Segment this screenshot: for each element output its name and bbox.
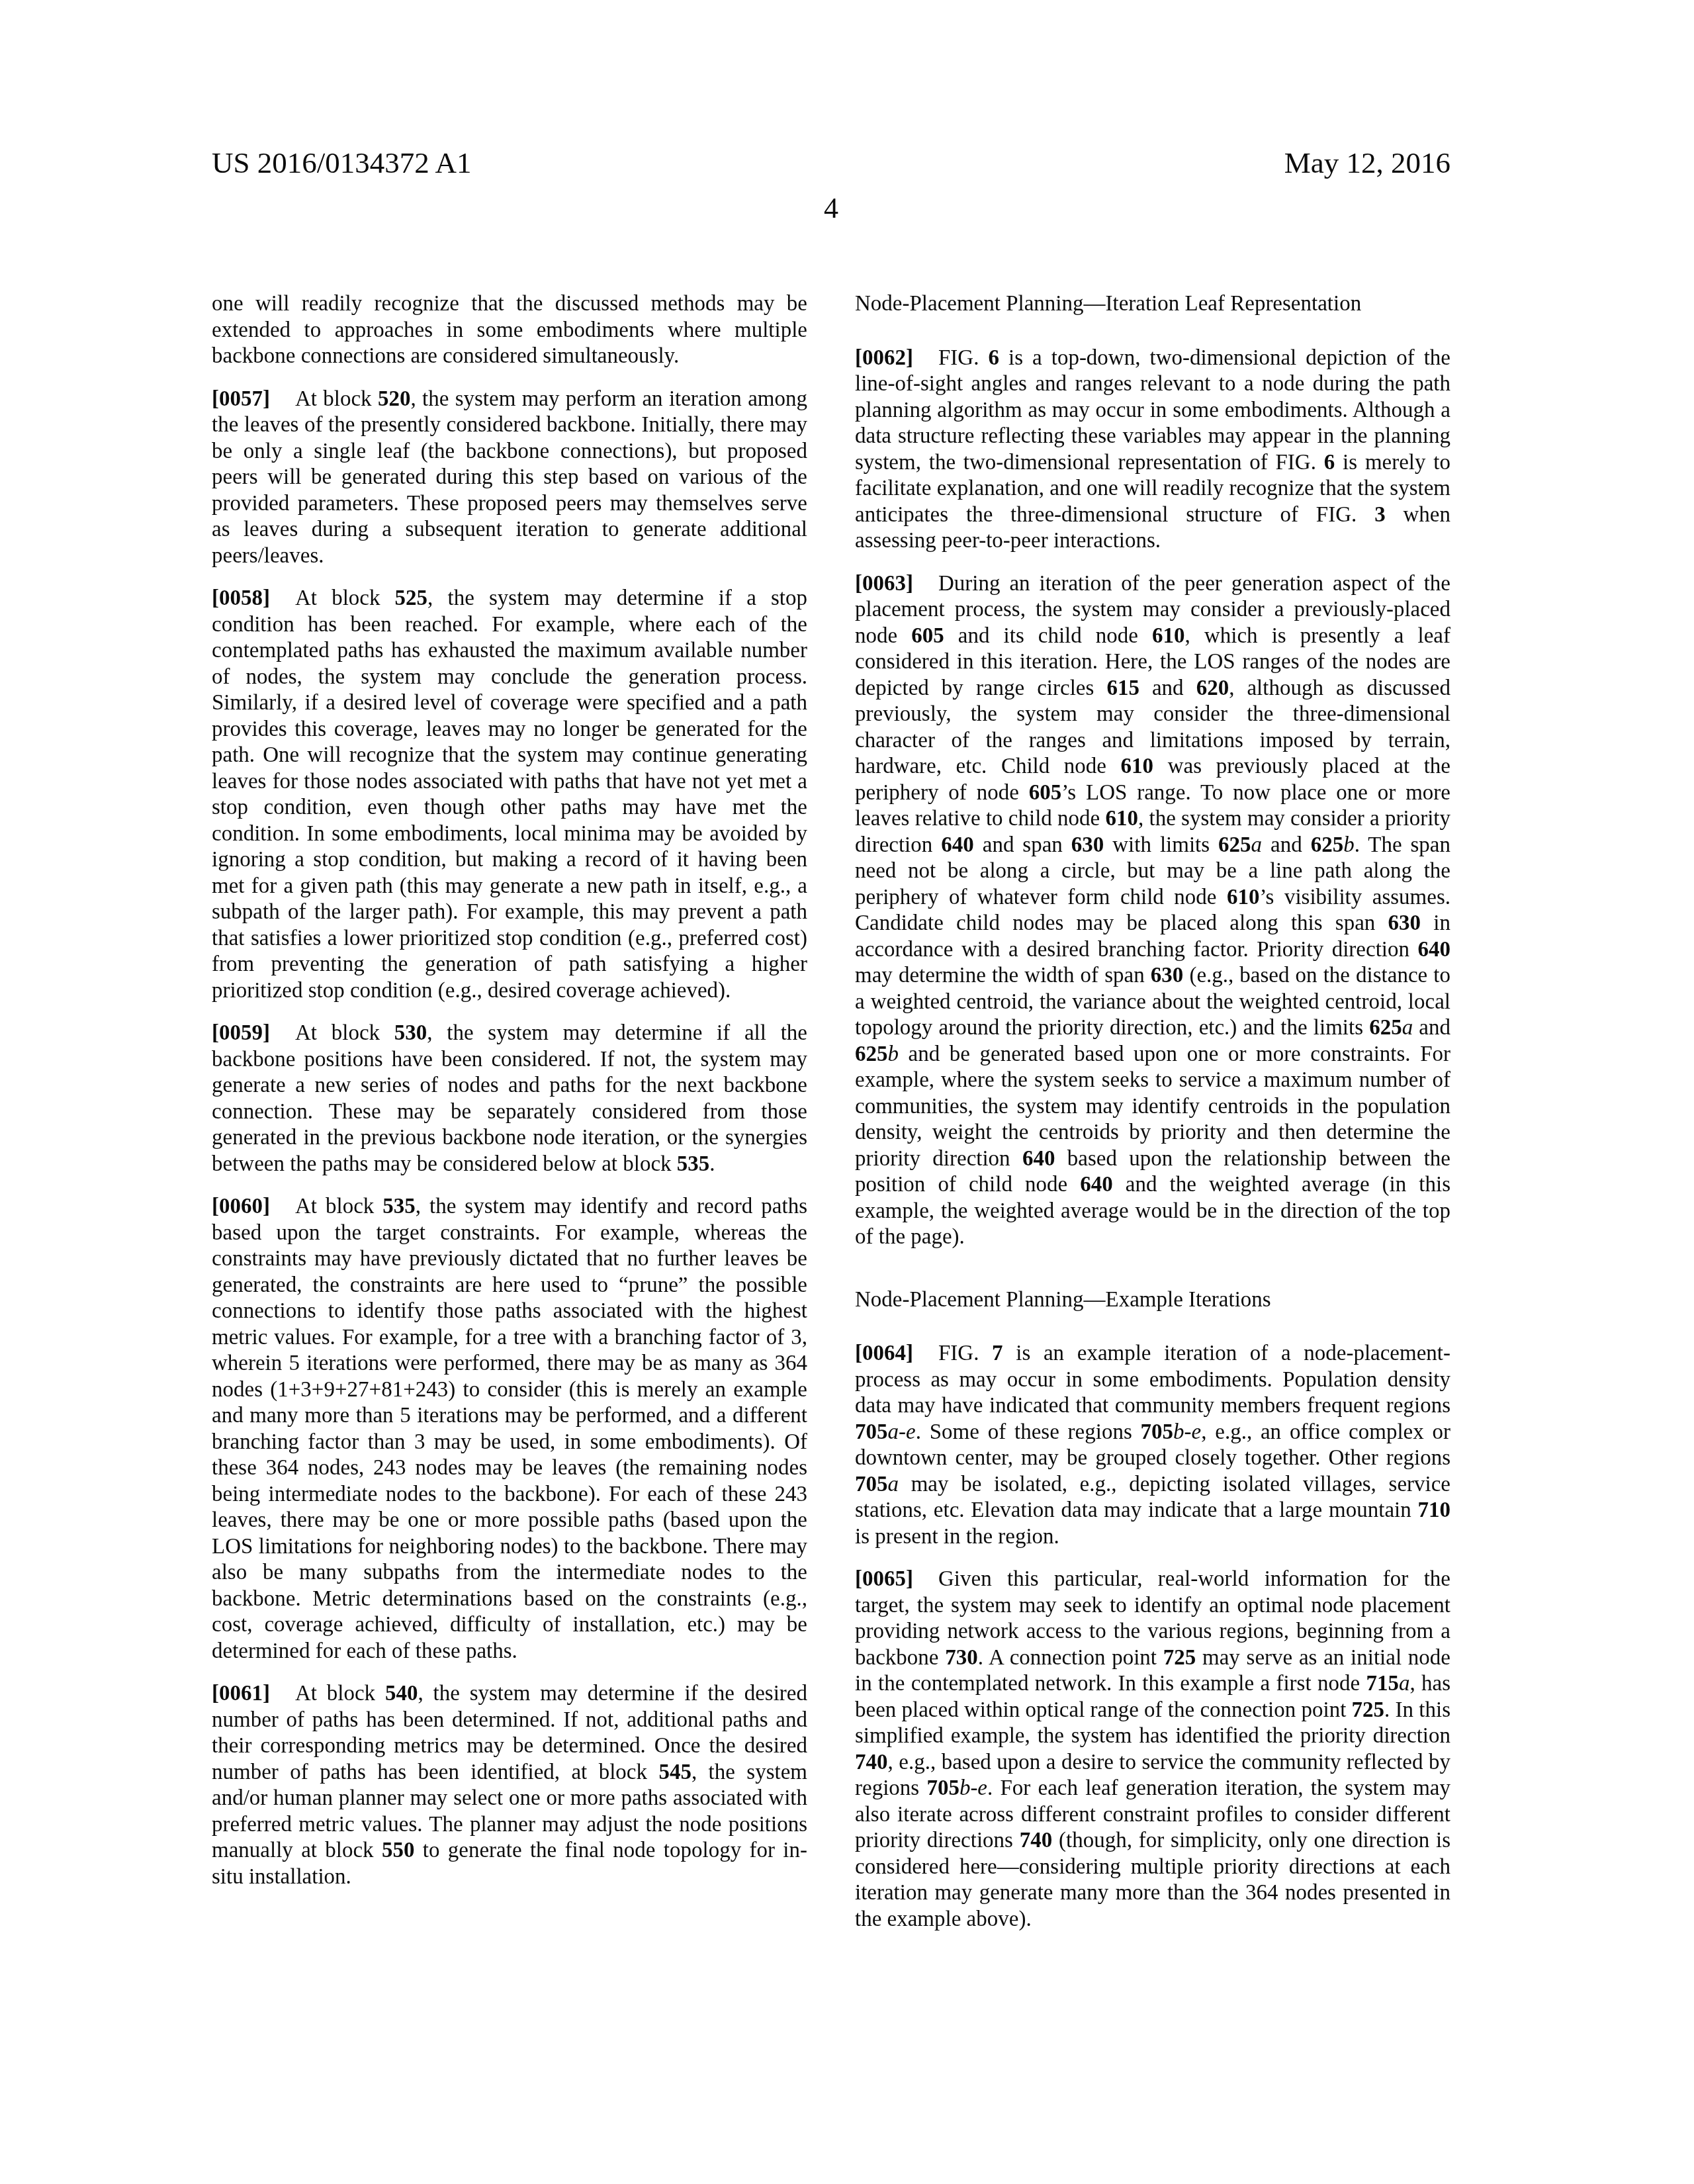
right-column: Node-Placement Planning—Iteration Leaf R… bbox=[855, 291, 1450, 1949]
paragraph: one will readily recognize that the disc… bbox=[212, 291, 807, 370]
section-heading: Node-Placement Planning—Example Iteratio… bbox=[855, 1287, 1450, 1314]
page-header: US 2016/0134372 A1 May 12, 2016 bbox=[212, 146, 1450, 180]
paragraph-number: [0062] bbox=[855, 346, 913, 370]
paragraph: [0063]During an iteration of the peer ge… bbox=[855, 571, 1450, 1251]
text-columns: one will readily recognize that the disc… bbox=[212, 291, 1450, 1949]
paragraph-number: [0060] bbox=[212, 1195, 270, 1218]
publication-date: May 12, 2016 bbox=[1284, 146, 1450, 180]
paragraph: [0059]At block 530, the system may deter… bbox=[212, 1021, 807, 1177]
patent-number: US 2016/0134372 A1 bbox=[212, 146, 472, 180]
paragraph: [0062]FIG. 6 is a top-down, two-dimensio… bbox=[855, 345, 1450, 555]
paragraph-number: [0065] bbox=[855, 1567, 913, 1591]
paragraph-number: [0063] bbox=[855, 572, 913, 596]
paragraph: [0058]At block 525, the system may deter… bbox=[212, 586, 807, 1004]
page-number: 4 bbox=[212, 192, 1450, 225]
left-column: one will readily recognize that the disc… bbox=[212, 291, 807, 1907]
paragraph-number: [0057] bbox=[212, 387, 270, 411]
patent-page: US 2016/0134372 A1 May 12, 2016 4 one wi… bbox=[0, 0, 1694, 2184]
paragraph: [0061]At block 540, the system may deter… bbox=[212, 1681, 807, 1890]
section-heading: Node-Placement Planning—Iteration Leaf R… bbox=[855, 291, 1450, 318]
paragraph: [0060]At block 535, the system may ident… bbox=[212, 1194, 807, 1664]
paragraph: [0064]FIG. 7 is an example iteration of … bbox=[855, 1341, 1450, 1550]
paragraph: [0065]Given this particular, real-world … bbox=[855, 1567, 1450, 1933]
paragraph: [0057]At block 520, the system may perfo… bbox=[212, 387, 807, 570]
paragraph-number: [0061] bbox=[212, 1682, 270, 1706]
paragraph-number: [0064] bbox=[855, 1342, 913, 1365]
paragraph-number: [0058] bbox=[212, 586, 270, 610]
paragraph-number: [0059] bbox=[212, 1021, 270, 1045]
